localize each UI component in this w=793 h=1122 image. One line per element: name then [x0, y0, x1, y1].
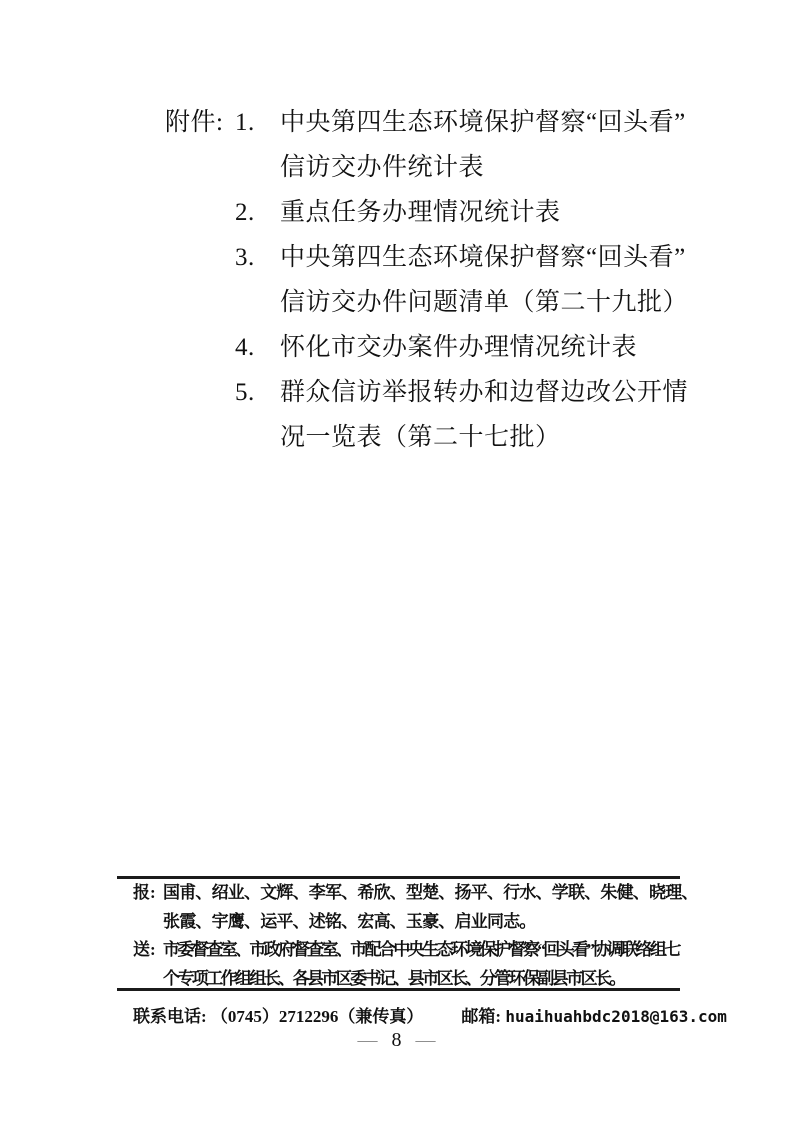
attachment-item-2: 2. 重点任务办理情况统计表: [235, 190, 688, 235]
attachment-number: 2.: [235, 190, 280, 235]
email-label: 邮箱:: [461, 1007, 501, 1026]
email-address: huaihuahbdc2018@163.com: [505, 1007, 727, 1026]
attachment-text-line: 信访交办件问题清单（第二十九批）: [280, 280, 688, 325]
attachment-item-5: 5. 群众信访举报转办和边督边改公开情 况一览表（第二十七批）: [235, 370, 688, 460]
attachment-number: 1.: [235, 100, 280, 190]
report-to-line: 国甫、绍业、文辉、李军、希欣、型楚、扬平、行水、学联、朱健、晓理、: [163, 879, 698, 908]
attachments-label: 附件:: [165, 100, 235, 460]
attachments-block: 附件: 1. 中央第四生态环境保护督察“回头看” 信访交办件统计表 2. 重点任…: [165, 100, 688, 460]
phone-number: （0745）2712296（兼传真）: [211, 1007, 424, 1026]
attachment-text-line: 重点任务办理情况统计表: [280, 190, 561, 235]
attachment-item-1: 1. 中央第四生态环境保护督察“回头看” 信访交办件统计表: [235, 100, 688, 190]
page-number-right-dash: —: [402, 1029, 450, 1051]
report-to-line: 张霞、宇鹰、运平、述铭、宏高、玉豪、启业同志。: [163, 908, 698, 937]
attachment-text-line: 信访交办件统计表: [280, 145, 686, 190]
attachment-item-3: 3. 中央第四生态环境保护督察“回头看” 信访交办件问题清单（第二十九批）: [235, 235, 688, 325]
attachment-number: 5.: [235, 370, 280, 460]
page-number-left-dash: —: [344, 1029, 392, 1051]
attachment-text-line: 怀化市交办案件办理情况统计表: [280, 325, 637, 370]
attachment-text-line: 中央第四生态环境保护督察“回头看”: [280, 235, 688, 280]
page-number-value: 8: [392, 1029, 402, 1051]
send-to-label: 送:: [133, 936, 163, 993]
phone-label: 联系电话:: [133, 1007, 207, 1026]
attachment-text-line: 况一览表（第二十七批）: [280, 415, 688, 460]
report-to-label: 报:: [133, 879, 163, 936]
attachment-number: 4.: [235, 325, 280, 370]
attachment-text-line: 群众信访举报转办和边督边改公开情: [280, 370, 688, 415]
report-to-block: 报: 国甫、绍业、文辉、李军、希欣、型楚、扬平、行水、学联、朱健、晓理、 张霞、…: [133, 879, 698, 936]
attachment-text-line: 中央第四生态环境保护督察“回头看”: [280, 100, 686, 145]
page-number: —8—: [0, 1028, 793, 1052]
attachments-list: 1. 中央第四生态环境保护督察“回头看” 信访交办件统计表 2. 重点任务办理情…: [235, 100, 688, 460]
footer-bottom-rule: [117, 988, 680, 991]
send-to-line: 市委督查室、市政府督查室、市配合中央生态环境保护督察“回头看”协调联络组七: [163, 936, 679, 965]
attachment-number: 3.: [235, 235, 280, 325]
send-to-block: 送: 市委督查室、市政府督查室、市配合中央生态环境保护督察“回头看”协调联络组七…: [133, 936, 679, 993]
contact-line: 联系电话: （0745）2712296（兼传真） 邮箱: huaihuahbdc…: [133, 1003, 727, 1031]
attachment-item-4: 4. 怀化市交办案件办理情况统计表: [235, 325, 688, 370]
document-page: 附件: 1. 中央第四生态环境保护督察“回头看” 信访交办件统计表 2. 重点任…: [0, 0, 793, 1122]
